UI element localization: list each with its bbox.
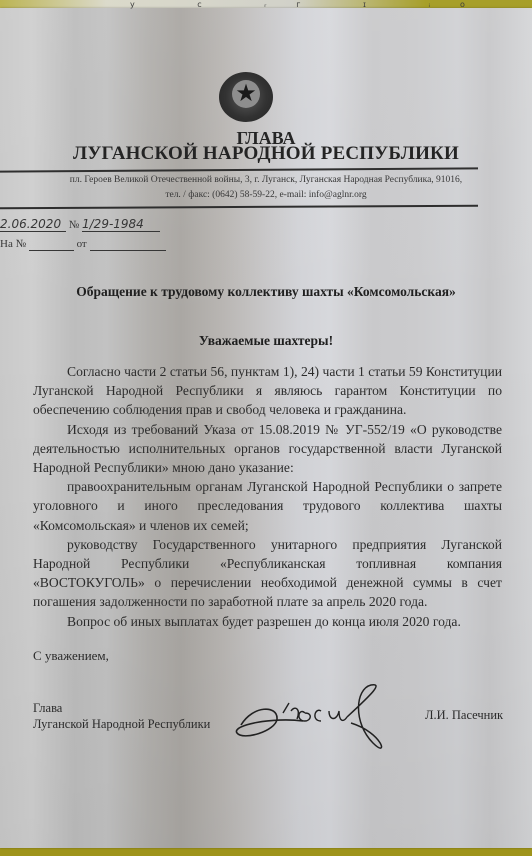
greeting: Уважаемые шахтеры!: [0, 333, 532, 349]
reply-number-label: На №: [0, 238, 26, 250]
reply-date-blank: [90, 238, 166, 251]
coat-of-arms-icon: ★: [219, 72, 273, 122]
handwritten-signature: [233, 683, 393, 755]
letterhead-address: пл. Героев Великой Отечественной войны, …: [0, 175, 532, 185]
paragraph: правоохранительным органам Луганской Нар…: [33, 477, 502, 535]
document-title: Обращение к трудовому коллективу шахты «…: [0, 284, 532, 300]
signatory-position-line2: Луганской Народной Республики: [33, 716, 210, 732]
letterhead-subtitle: ЛУГАНСКОЙ НАРОДНОЙ РЕСПУБЛИКИ: [0, 143, 532, 165]
signatory-position: Глава Луганской Народной Республики: [33, 700, 210, 732]
document-body: Согласно части 2 статьи 56, пунктам 1), …: [33, 362, 502, 631]
star-icon: ★: [219, 81, 273, 105]
reply-reference-line: На № от: [0, 238, 166, 251]
reply-number-blank: [29, 238, 74, 251]
paragraph: Исходя из требований Указа от 15.08.2019…: [33, 420, 502, 478]
paragraph: Согласно части 2 статьи 56, пунктам 1), …: [33, 362, 502, 420]
paragraph: Вопрос об иных выплатах будет разрешен д…: [33, 612, 502, 631]
closing-phrase: С уважением,: [33, 648, 109, 664]
reply-from-label: от: [77, 238, 87, 250]
signatory-name: Л.И. Пасечник: [425, 708, 503, 723]
letterhead-contacts: тел. / факс: (0642) 58-59-22, e-mail: in…: [0, 190, 532, 200]
signatory-position-line1: Глава: [33, 700, 210, 716]
registration-date: 2.06.2020: [0, 217, 66, 232]
paragraph: руководству Государственного унитарного …: [33, 535, 502, 612]
registration-number: 1/29-1984: [82, 217, 160, 232]
registration-number-label: №: [69, 219, 80, 231]
folded-page-marks: у с ᵣг ɪ ᵢо: [130, 0, 495, 9]
registration-line: 2.06.2020 № 1/29-1984: [0, 217, 160, 232]
